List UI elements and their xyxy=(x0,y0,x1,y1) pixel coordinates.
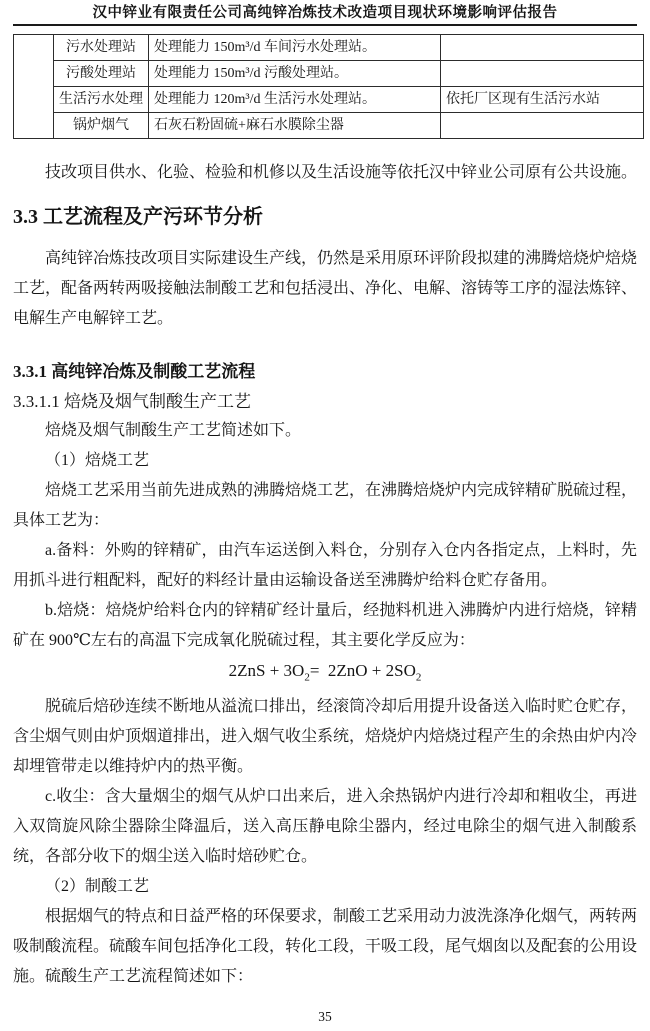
header-rule xyxy=(13,24,637,26)
document-page: 汉中锌业有限责任公司高纯锌冶炼技术改造项目现状环境影响评估报告 污水处理站 处理… xyxy=(0,0,650,1031)
paragraph-overview: 高纯锌冶炼技改项目实际建设生产线，仍然是采用原环评阶段拟建的沸腾焙烧炉焙烧工艺，… xyxy=(13,244,637,334)
table-cell-description: 处理能力 120m³/d 生活污水处理站。 xyxy=(149,87,441,113)
table-cell-remark: 依托厂区现有生活污水站 xyxy=(441,87,644,113)
table-cell-spanner xyxy=(14,35,54,139)
subtitle-roasting-process: （1）焙烧工艺 xyxy=(13,446,637,476)
section-heading-3-3: 3.3 工艺流程及产污环节分析 xyxy=(13,204,637,230)
table-row: 污酸处理站 处理能力 150m³/d 污酸处理站。 xyxy=(14,61,644,87)
paragraph-step-a: a.备料：外购的锌精矿，由汽车运送倒入料仓，分别存入仓内各指定点，上料时，先用抓… xyxy=(13,536,637,596)
table-cell-remark xyxy=(441,61,644,87)
table-cell-description: 处理能力 150m³/d 污酸处理站。 xyxy=(149,61,441,87)
table-row: 锅炉烟气 石灰石粉固硫+麻石水膜除尘器 xyxy=(14,113,644,139)
facility-table: 污水处理站 处理能力 150m³/d 车间污水处理站。 污酸处理站 处理能力 1… xyxy=(13,34,644,139)
paragraph-intro: 技改项目供水、化验、检验和机修以及生活设施等依托汉中锌业公司原有公共设施。 xyxy=(13,158,637,188)
table-cell-label: 污水处理站 xyxy=(54,35,149,61)
table-cell-remark xyxy=(441,35,644,61)
table-cell-remark xyxy=(441,113,644,139)
section-heading-3-3-1: 3.3.1 高纯锌冶炼及制酸工艺流程 xyxy=(13,360,637,384)
paragraph-step-b: b.焙烧：焙烧炉给料仓内的锌精矿经计量后，经抛料机进入沸腾炉内进行焙烧，锌精矿在… xyxy=(13,596,637,656)
paragraph-step-c: c.收尘：含大量烟尘的烟气从炉口出来后，进入余热锅炉内进行冷却和粗收尘，再进入双… xyxy=(13,782,637,872)
paragraph-roasting-p2: 脱硫后焙砂连续不断地从溢流口排出，经滚筒冷却后用提升设备送入临时贮仓贮存，含尘烟… xyxy=(13,692,637,782)
running-header: 汉中锌业有限责任公司高纯锌冶炼技术改造项目现状环境影响评估报告 xyxy=(0,0,650,26)
chemical-equation: 2ZnS + 3O2= 2ZnO + 2SO2 xyxy=(13,656,637,692)
table-cell-label: 生活污水处理 xyxy=(54,87,149,113)
paragraph-roasting-p1: 焙烧工艺采用当前先进成熟的沸腾焙烧工艺，在沸腾焙烧炉内完成锌精矿脱硫过程，具体工… xyxy=(13,476,637,536)
table-row: 生活污水处理 处理能力 120m³/d 生活污水处理站。 依托厂区现有生活污水站 xyxy=(14,87,644,113)
body-text: 技改项目供水、化验、检验和机修以及生活设施等依托汉中锌业公司原有公共设施。 3.… xyxy=(13,158,637,992)
table-cell-description: 处理能力 150m³/d 车间污水处理站。 xyxy=(149,35,441,61)
section-heading-3-3-1-1: 3.3.1.1 焙烧及烟气制酸生产工艺 xyxy=(13,390,637,414)
subtitle-acid-process: （2）制酸工艺 xyxy=(13,872,637,902)
table-cell-label: 污酸处理站 xyxy=(54,61,149,87)
report-title: 汉中锌业有限责任公司高纯锌冶炼技术改造项目现状环境影响评估报告 xyxy=(13,5,637,22)
table-cell-label: 锅炉烟气 xyxy=(54,113,149,139)
paragraph-acid-p1: 根据烟气的特点和日益严格的环保要求，制酸工艺采用动力波洗涤净化烟气，两转两吸制酸… xyxy=(13,902,637,992)
page-content: 污水处理站 处理能力 150m³/d 车间污水处理站。 污酸处理站 处理能力 1… xyxy=(0,34,650,992)
table-cell-description: 石灰石粉固硫+麻石水膜除尘器 xyxy=(149,113,441,139)
page-number: 35 xyxy=(0,1009,650,1025)
paragraph-lead: 焙烧及烟气制酸生产工艺简述如下。 xyxy=(13,416,637,446)
table-row: 污水处理站 处理能力 150m³/d 车间污水处理站。 xyxy=(14,35,644,61)
